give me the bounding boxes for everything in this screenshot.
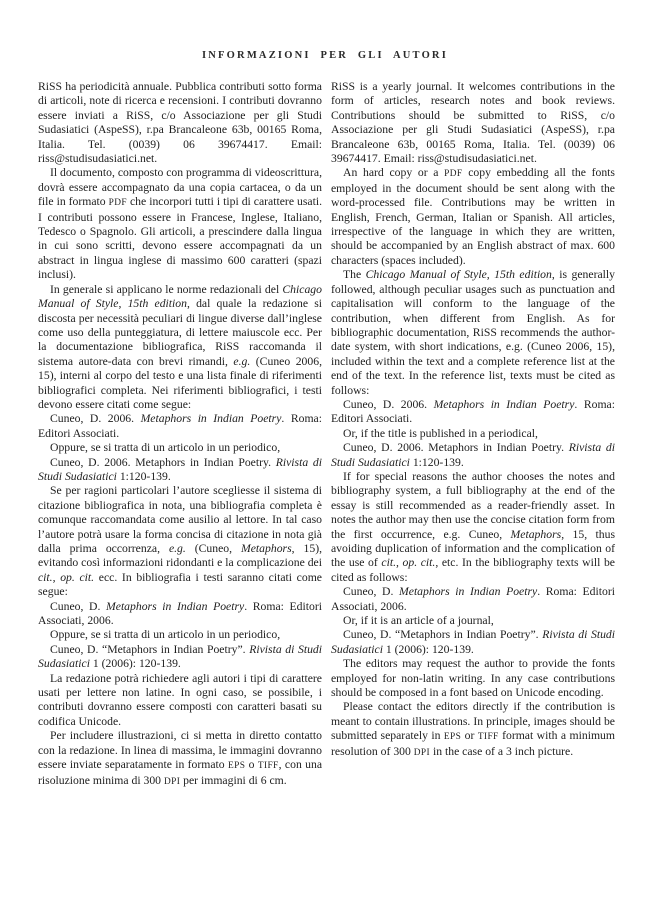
paragraph: Cuneo, D. “Metaphors in Indian Poetry”. … <box>38 643 322 672</box>
text-segment-normal: Or, if it is an article of a journal, <box>343 614 494 627</box>
paragraph: RiSS ha periodicità annuale. Pubblica co… <box>38 80 322 166</box>
paragraph: Cuneo, D. “Metaphors in Indian Poetry”. … <box>331 628 615 657</box>
text-segment-normal: Oppure, se si tratta di un articolo in u… <box>50 628 280 641</box>
text-segment-italic: Metaphors in Indian Poetry <box>399 585 537 598</box>
text-segment-italic: Metaphors in Indian Poetry <box>141 412 282 425</box>
text-segment-italic: Metaphors <box>241 542 292 555</box>
paragraph: If for special reasons the author choose… <box>331 470 615 585</box>
paragraph: Cuneo, D. 2006. Metaphors in Indian Poet… <box>38 456 322 485</box>
paragraph: Oppure, se si tratta di un articolo in u… <box>38 441 322 455</box>
paragraph: The editors may request the author to pr… <box>331 657 615 700</box>
text-segment-italic: cit., op. cit. <box>381 556 435 569</box>
text-segment-italic: Metaphors <box>511 528 562 541</box>
text-segment-italic: Metaphors in Indian Poetry <box>106 600 244 613</box>
text-segment-normal: Cuneo, D. 2006. <box>343 398 434 411</box>
paragraph: RiSS is a yearly journal. It welcomes co… <box>331 80 615 166</box>
text-segment-smallcaps: PDF <box>444 169 462 179</box>
text-segment-smallcaps: PDF <box>109 198 127 208</box>
text-segment-italic: Chicago Manual of Style, 15th edition <box>366 268 552 281</box>
paragraph: Cuneo, D. Metaphors in Indian Poetry. Ro… <box>38 600 322 629</box>
text-segment-normal: Or, if the title is published in a perio… <box>343 427 538 440</box>
paragraph: Please contact the editors directly if t… <box>331 700 615 760</box>
text-segment-normal: 1:120-139. <box>117 470 171 483</box>
paragraph: The Chicago Manual of Style, 15th editio… <box>331 268 615 398</box>
text-segment-normal: La redazione potrà richiedere agli autor… <box>38 672 322 728</box>
document-page: INFORMAZIONI PER GLI AUTORI RiSS ha peri… <box>0 0 650 917</box>
text-segment-normal: Oppure, se si tratta di un articolo in u… <box>50 441 280 454</box>
paragraph: In generale si applicano le norme redazi… <box>38 283 322 413</box>
paragraph: Or, if it is an article of a journal, <box>331 614 615 628</box>
text-segment-normal: Cuneo, D. “Metaphors in Indian Poetry”. <box>50 643 249 656</box>
paragraph: La redazione potrà richiedere agli autor… <box>38 672 322 730</box>
two-column-text-block: RiSS ha periodicità annuale. Pubblica co… <box>38 80 615 789</box>
text-segment-italic: e.g. <box>169 542 186 555</box>
paragraph: Per includere illustrazioni, ci si metta… <box>38 729 322 789</box>
text-segment-normal: (Cuneo, <box>186 542 241 555</box>
text-segment-smallcaps: DPI <box>164 777 180 787</box>
text-segment-normal: In generale si applicano le norme redazi… <box>50 283 282 296</box>
text-segment-normal: Cuneo, D. <box>50 600 106 613</box>
text-segment-normal: Cuneo, D. <box>343 585 399 598</box>
text-segment-smallcaps: DPI <box>414 748 430 758</box>
text-segment-normal: The editors may request the author to pr… <box>331 657 615 699</box>
text-segment-normal: Cuneo, D. “Metaphors in Indian Poetry”. <box>343 628 542 641</box>
text-segment-normal: copy embedding all the fonts employed in… <box>331 166 615 266</box>
paragraph: Or, if the title is published in a perio… <box>331 427 615 441</box>
paragraph: Cuneo, D. 2006. Metaphors in Indian Poet… <box>331 441 615 470</box>
text-segment-smallcaps: EPS <box>228 761 245 771</box>
text-segment-normal: in the case of a 3 inch picture. <box>430 745 573 758</box>
text-segment-normal: The <box>343 268 366 281</box>
paragraph: Cuneo, D. Metaphors in Indian Poetry. Ro… <box>331 585 615 614</box>
text-segment-italic: e.g. <box>233 355 250 368</box>
paragraph: Cuneo, D. 2006. Metaphors in Indian Poet… <box>331 398 615 427</box>
paragraph: Oppure, se si tratta di un articolo in u… <box>38 628 322 642</box>
text-segment-smallcaps: TIFF <box>478 732 499 742</box>
paragraph: Il documento, composto con programma di … <box>38 166 322 282</box>
text-segment-italic: Metaphors in Indian Poetry <box>434 398 575 411</box>
paragraph: An hard copy or a PDF copy embedding all… <box>331 166 615 268</box>
text-segment-normal: or <box>461 729 478 742</box>
text-segment-normal: Cuneo, D. 2006. Metaphors in Indian Poet… <box>343 441 569 454</box>
text-segment-smallcaps: EPS <box>444 732 461 742</box>
text-segment-italic: cit., op. cit. <box>38 571 94 584</box>
text-segment-normal: RiSS is a yearly journal. It welcomes co… <box>331 80 615 165</box>
text-segment-normal: Cuneo, D. 2006. Metaphors in Indian Poet… <box>50 456 276 469</box>
paragraph: Cuneo, D. 2006. Metaphors in Indian Poet… <box>38 412 322 441</box>
text-segment-normal: 1 (2006): 120-139. <box>90 657 181 670</box>
text-segment-normal: Cuneo, D. 2006. <box>50 412 141 425</box>
text-segment-normal: 1 (2006): 120-139. <box>383 643 474 656</box>
text-segment-normal: , is generally followed, although peculi… <box>331 268 615 396</box>
paragraph: Se per ragioni particolari l’autore sceg… <box>38 484 322 599</box>
text-segment-normal: An hard copy or a <box>343 166 444 179</box>
text-segment-normal: 1:120-139. <box>410 456 464 469</box>
column-italian: RiSS ha periodicità annuale. Pubblica co… <box>38 80 322 789</box>
text-segment-smallcaps: TIFF <box>258 761 279 771</box>
column-english: RiSS is a yearly journal. It welcomes co… <box>331 80 615 789</box>
text-segment-normal: per immagini di 6 cm. <box>180 774 286 787</box>
page-title: INFORMAZIONI PER GLI AUTORI <box>0 50 650 61</box>
text-segment-normal: o <box>245 758 258 771</box>
text-segment-normal: RiSS ha periodicità annuale. Pubblica co… <box>38 80 322 165</box>
